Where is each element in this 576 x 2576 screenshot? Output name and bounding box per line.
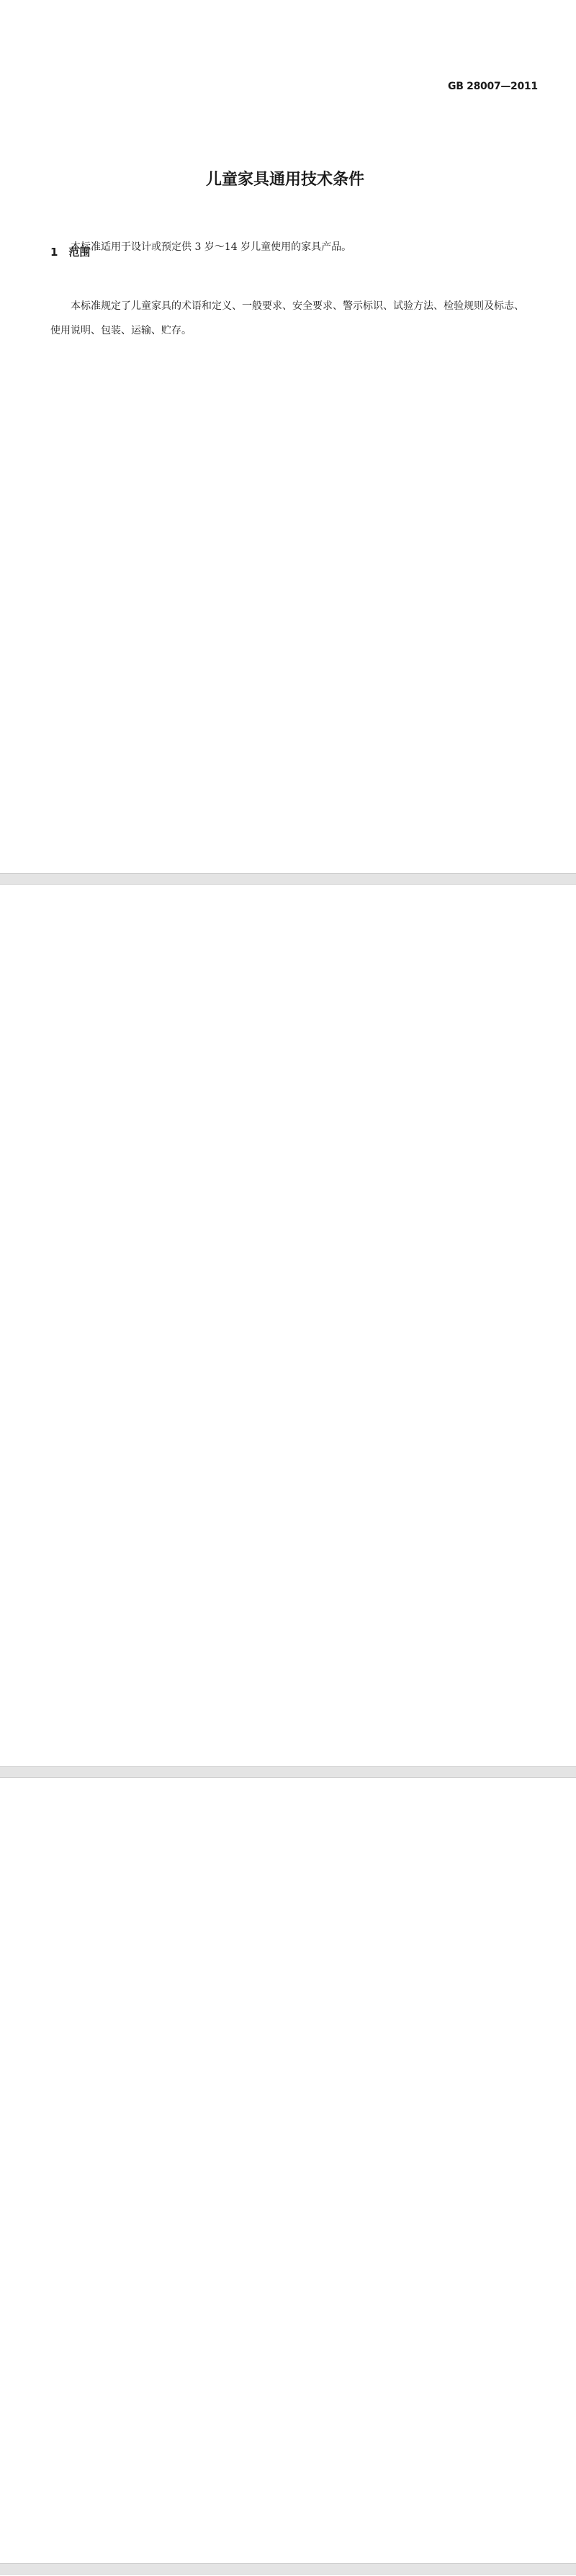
page-divider	[0, 1766, 576, 1778]
page-1: GB 28007—2011 儿童家具通用技术条件 1 范围 本标准规定了儿童家具…	[0, 0, 576, 872]
page-3	[0, 1778, 576, 2562]
page-2	[0, 885, 576, 1765]
section-1-paragraph-line: 本标准规定了儿童家具的术语和定义、一般要求、安全要求、警示标识、试验方法、检验规…	[71, 298, 524, 313]
page-header-code: GB 28007—2011	[448, 81, 538, 92]
section-1-scope-line: 本标准适用于设计或预定供 3 岁～14 岁儿童使用的家具产品。	[71, 239, 351, 254]
section-1-paragraph-line: 使用说明、包装、运输、贮存。	[50, 323, 192, 337]
page-divider	[0, 873, 576, 885]
document-title: 儿童家具通用技术条件	[206, 167, 364, 189]
page-divider	[0, 2563, 576, 2575]
